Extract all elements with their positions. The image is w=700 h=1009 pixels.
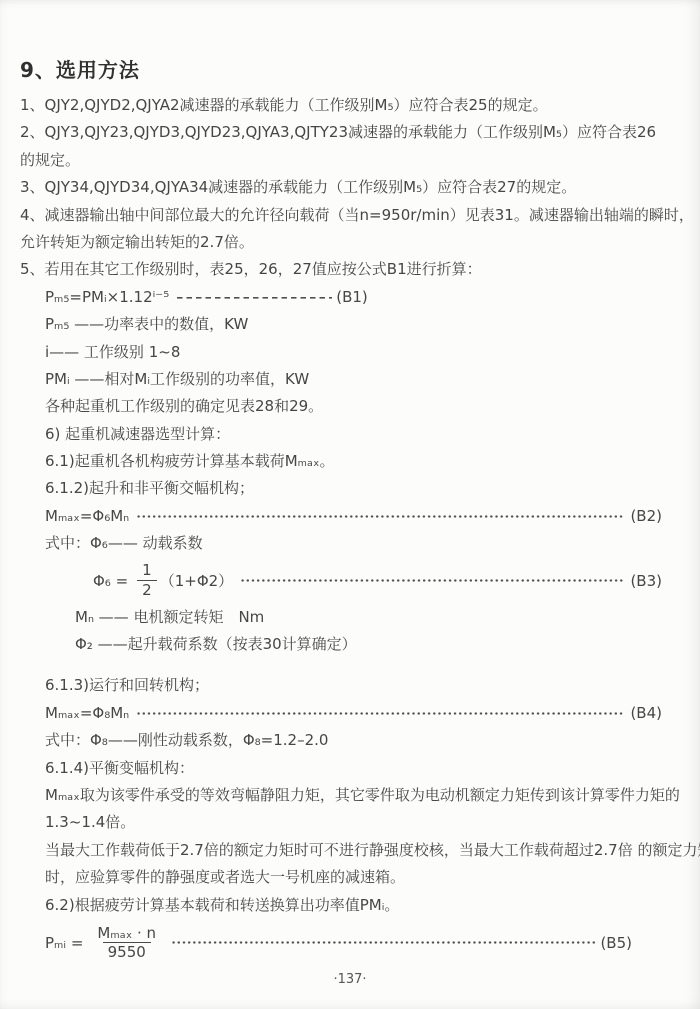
formula-b4-expression: Mₘₐₓ=Φ₈Mₙ xyxy=(45,700,129,727)
definition-pm5: Pₘ₅ ——功率表中的数值，KW xyxy=(45,311,662,338)
dot-leader xyxy=(171,929,595,956)
fraction-denominator: 2 xyxy=(137,580,157,600)
scanned-document-page: 9、选用方法 1、QJY2,QJYD2,QJYA2减速器的承载能力（工作级别M₅… xyxy=(0,0,700,1009)
paragraph-614-line4: 时，应验算零件的静强度或者选大一号机座的减速箱。 xyxy=(45,864,662,891)
paragraph-614-line1: Mₘₐₓ取为该零件承受的等效弯幅静阻力矩，其它零件取为电动机额定力矩传到该计算零… xyxy=(45,782,662,809)
heading-6: 6) 起重机减速器选型计算： xyxy=(45,421,662,448)
page-number: ·137· xyxy=(0,972,700,987)
list-item-3: 3、QJY34,QJYD34,QJYA34减速器的承载能力（工作级别M₅）应符合… xyxy=(20,174,662,201)
dot-leader xyxy=(136,700,625,727)
definition-mn: Mₙ —— 电机额定转矩 Nm xyxy=(75,604,662,631)
list-item-2-line1: 2、QJY3,QJY23,QJYD3,QJYD23,QJYA3,QJTY23减速… xyxy=(20,119,662,146)
page-content: 9、选用方法 1、QJY2,QJYD2,QJYA2减速器的承载能力（工作级别M₅… xyxy=(0,0,700,967)
formula-b4: Mₘₐₓ=Φ₈Mₙ (B4) xyxy=(45,700,662,727)
list-item-4-line2: 允许转矩为额定输出转矩的2.7倍。 xyxy=(20,229,662,256)
fraction-numerator: 1 xyxy=(137,561,157,580)
formula-b3: Φ₆ = 1 2 （1+Φ2） (B3) xyxy=(93,558,662,604)
formula-b5-lhs: Pₘᵢ = xyxy=(45,934,83,952)
dot-leader xyxy=(136,503,625,530)
list-item-2-line2: 的规定。 xyxy=(20,147,662,174)
formula-b2: Mₘₐₓ=Φ₆Mₙ (B2) xyxy=(45,503,662,530)
list-item-1: 1、QJY2,QJYD2,QJYA2减速器的承载能力（工作级别M₅）应符合表25… xyxy=(20,92,662,119)
fraction-one-half: 1 2 xyxy=(137,561,157,600)
formula-b2-expression: Mₘₐₓ=Φ₆Mₙ xyxy=(45,503,129,530)
heading-6-1-4: 6.1.4)平衡变幅机构： xyxy=(45,755,662,782)
blank-spacer xyxy=(20,658,662,672)
heading-6-1: 6.1)起重机各机构疲劳计算基本载荷Mₘₐₓ。 xyxy=(45,448,662,475)
formula-b1: Pₘ₅=PMᵢ×1.12ⁱ⁻⁵ (B1) xyxy=(45,284,662,311)
list-item-4-line1: 4、减速器输出轴中间部位最大的允许径向载荷（当n=950r/min）见表31。减… xyxy=(20,202,662,229)
formula-b5-tag: (B5) xyxy=(600,934,632,952)
heading-6-1-2: 6.1.2)起升和非平衡交幅机构； xyxy=(45,475,662,502)
formula-b4-tag: (B4) xyxy=(630,700,662,727)
paragraph-614-line3: 当最大工作载荷低于2.7倍的额定力矩时可不进行静强度校核，当最大工作载荷超过2.… xyxy=(45,837,662,864)
fraction-mmax-n-9550: Mₘₐₓ · n 9550 xyxy=(92,924,161,963)
fraction-numerator: Mₘₐₓ · n xyxy=(92,924,161,943)
definition-phi2: Φ₂ ——起升载荷系数（按表30计算确定） xyxy=(75,631,662,658)
formula-b3-tag: (B3) xyxy=(630,572,662,590)
section-title: 9、选用方法 xyxy=(20,56,662,84)
definition-i: i—— 工作级别 1~8 xyxy=(45,339,662,366)
note-work-grade-tables: 各种起重机工作级别的确定见表28和29。 xyxy=(45,393,662,420)
formula-b1-tag: (B1) xyxy=(336,284,368,311)
list-item-5: 5、若用在其它工作级别时，表25，26，27值应按公式B1进行折算： xyxy=(20,256,662,283)
formula-b1-expression: Pₘ₅=PMᵢ×1.12ⁱ⁻⁵ xyxy=(45,284,169,311)
formula-b2-tag: (B2) xyxy=(630,503,662,530)
fraction-denominator: 9550 xyxy=(103,942,151,962)
formula-b3-lhs: Φ₆ = xyxy=(93,572,128,590)
dot-leader xyxy=(240,567,625,594)
definition-phi8: 式中：Φ₈——刚性动载系数，Φ₈=1.2–2.0 xyxy=(45,727,662,754)
definition-phi6: 式中：Φ₆—— 动载系数 xyxy=(45,530,662,557)
formula-b3-rhs: （1+Φ2） xyxy=(160,570,233,591)
paragraph-614-line2: 1.3~1.4倍。 xyxy=(45,809,662,836)
heading-6-1-3: 6.1.3)运行和回转机构； xyxy=(45,672,662,699)
definition-pmi: PMᵢ ——相对Mᵢ工作级别的功率值，KW xyxy=(45,366,662,393)
dash-leader xyxy=(177,284,332,311)
heading-6-2: 6.2)根据疲劳计算基本载荷和转送换算出功率值PMᵢ。 xyxy=(45,892,662,919)
formula-b5: Pₘᵢ = Mₘₐₓ · n 9550 (B5) xyxy=(45,919,632,967)
